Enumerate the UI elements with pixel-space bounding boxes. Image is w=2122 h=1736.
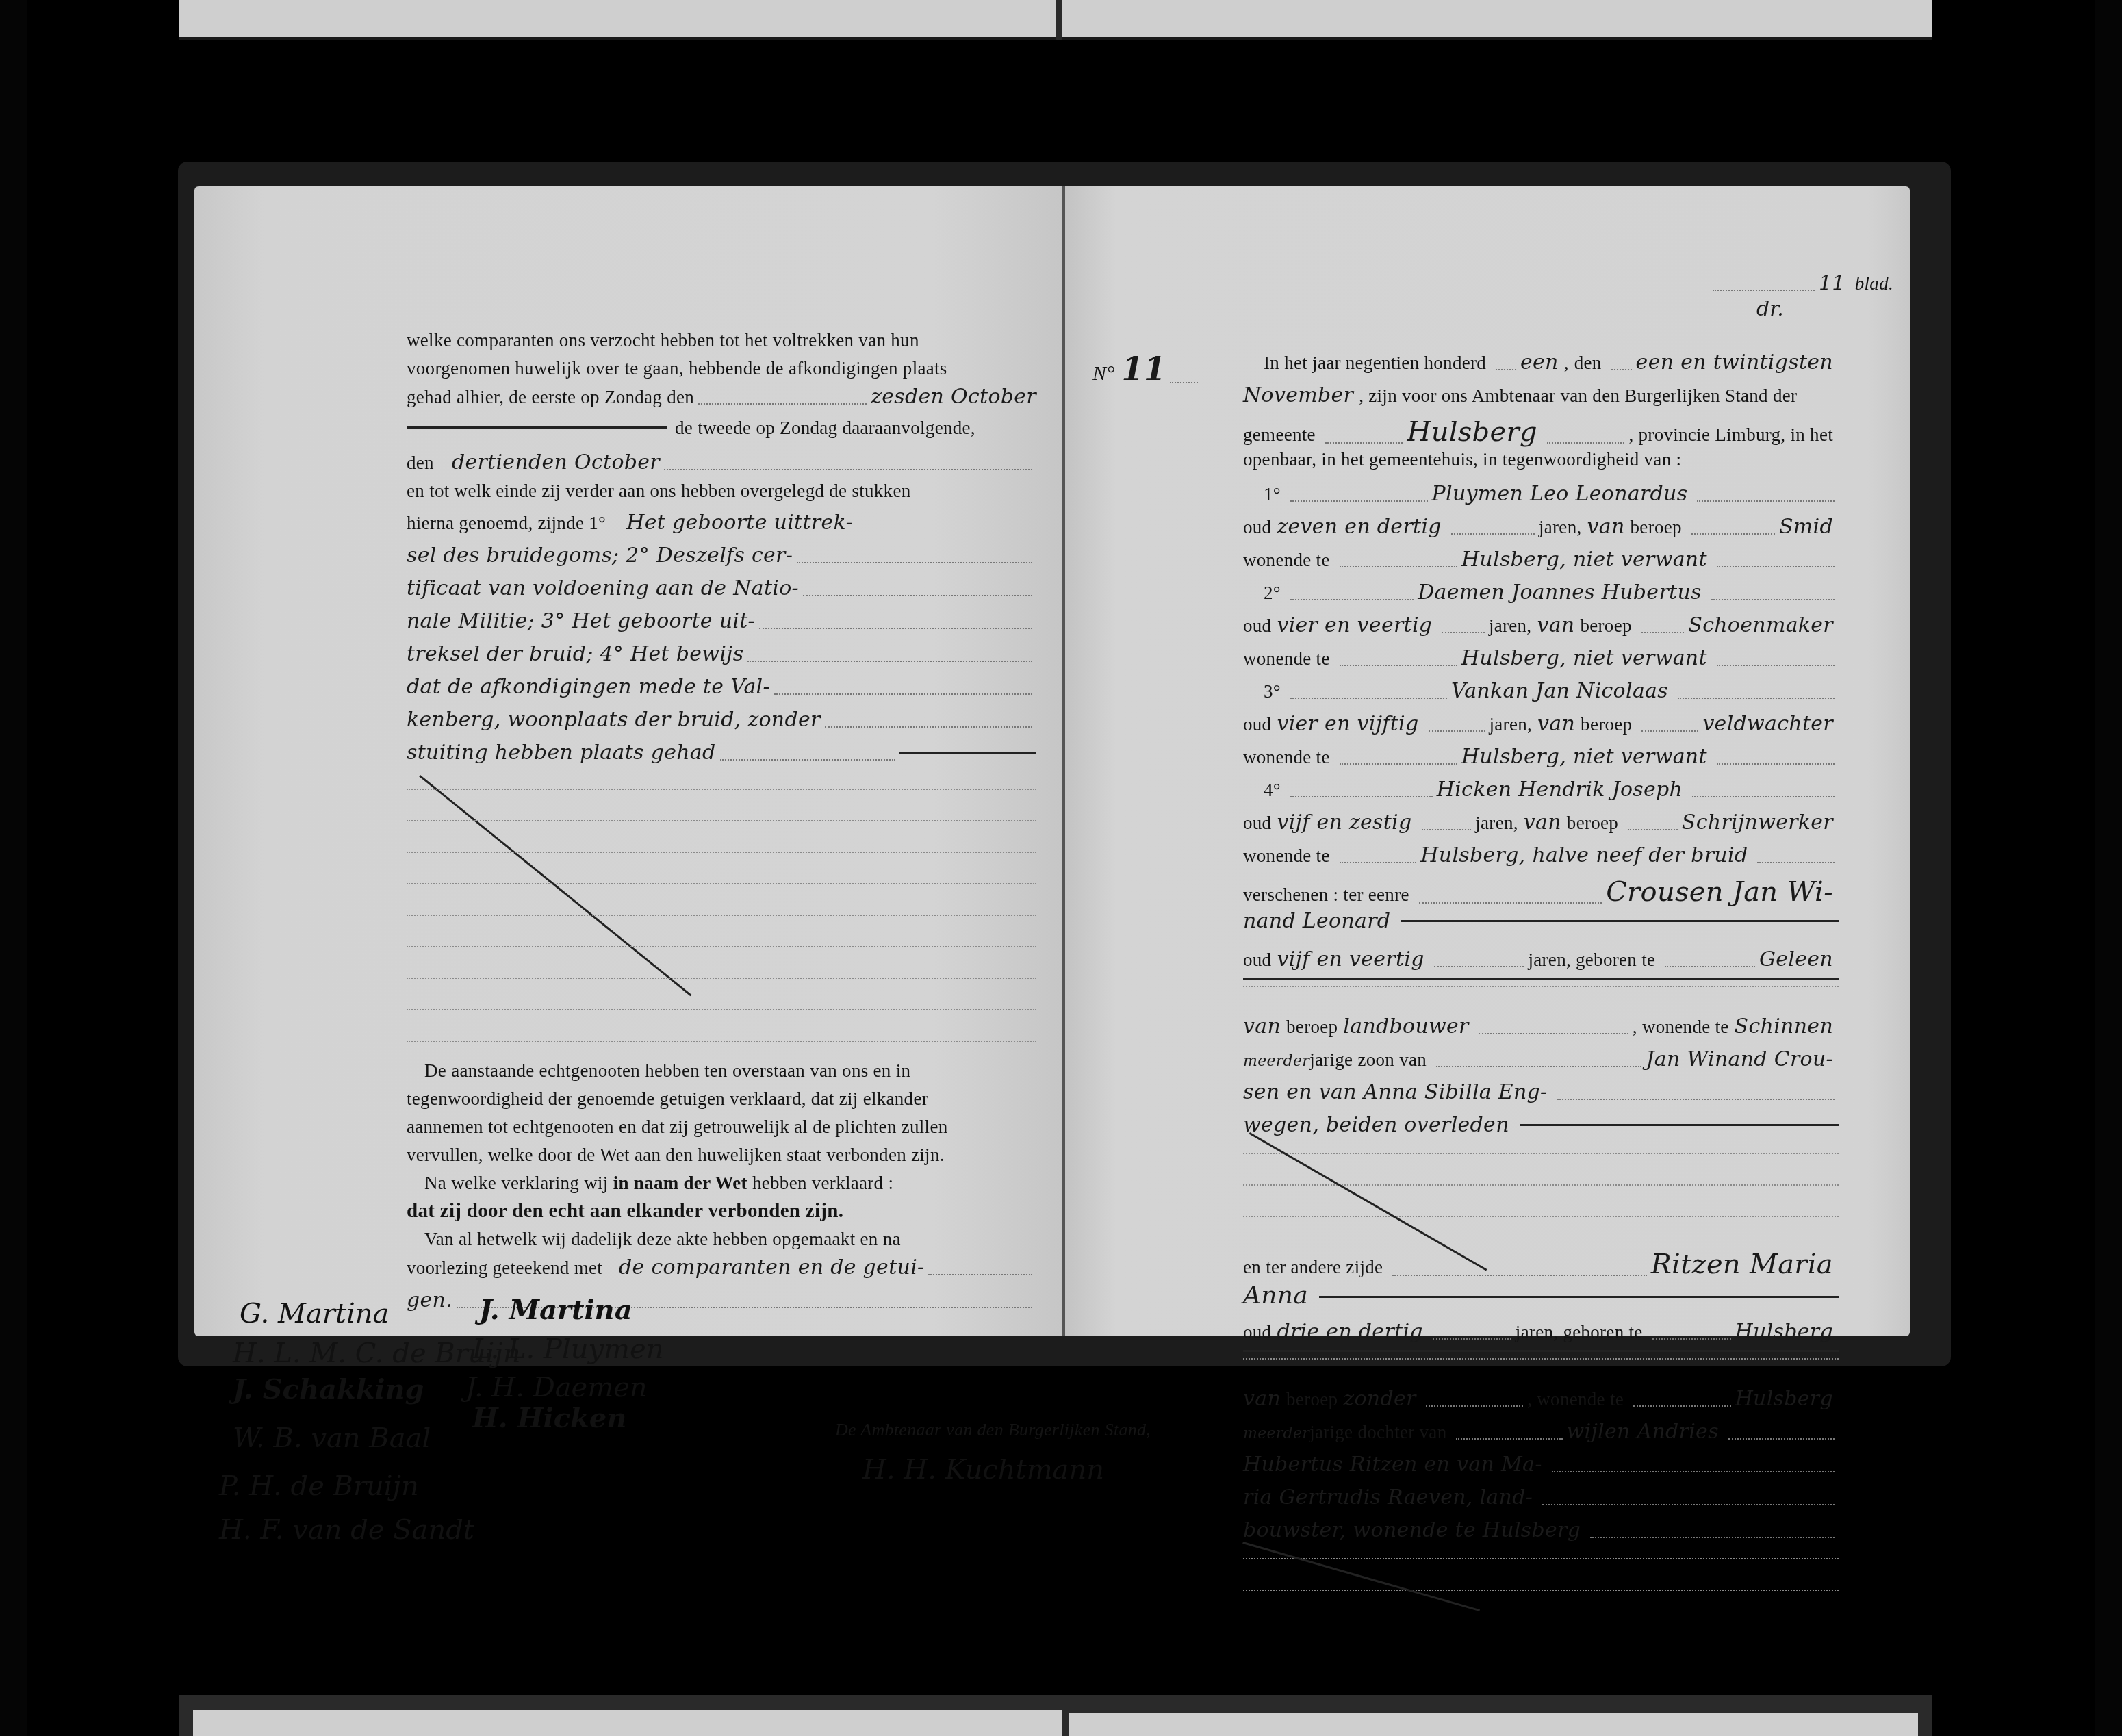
fill-rule bbox=[1243, 978, 1839, 980]
documents-line: treksel der bruid; 4° Het bewijs bbox=[407, 642, 1036, 666]
witness-number: 1° bbox=[1264, 484, 1281, 505]
dotted-rule bbox=[797, 562, 1032, 563]
day-value: een en twintigsten bbox=[1636, 350, 1833, 374]
dotted-rule bbox=[1422, 829, 1472, 830]
signature: J. Schakking bbox=[233, 1373, 424, 1405]
label-beroep: beroep bbox=[1286, 1389, 1338, 1410]
witness-name: Pluymen Leo Leonardus bbox=[1432, 482, 1688, 506]
dotted-rule bbox=[1692, 796, 1835, 797]
bride-parents: Hubertus Ritzen en van Ma- bbox=[1243, 1453, 1542, 1477]
label-oud: oud bbox=[1243, 1322, 1271, 1343]
record-line: ria Gertrudis Raeven, land- bbox=[1243, 1485, 1839, 1509]
label-jaren: jaren, bbox=[1475, 813, 1518, 834]
dotted-rule bbox=[1678, 698, 1835, 699]
dotted-rule bbox=[1426, 1405, 1524, 1407]
dotted-rule bbox=[1340, 566, 1457, 567]
dotted-rule bbox=[1340, 862, 1417, 863]
folio-number: 11 bbox=[1819, 271, 1845, 295]
dotted-rule bbox=[1433, 1338, 1511, 1340]
pronounce-suffix: hebben verklaard : bbox=[752, 1173, 893, 1193]
dotted-rule bbox=[1557, 1099, 1835, 1100]
dotted-rule bbox=[1392, 1275, 1646, 1276]
second-sunday-value: dertienden October bbox=[452, 450, 660, 474]
next-spread-fragment bbox=[179, 1695, 1932, 1736]
documents-line: dat de afkondigingen mede te Val- bbox=[407, 675, 1036, 699]
record-line: wonende teHulsberg, niet verwant bbox=[1243, 745, 1839, 769]
record-line: Anna bbox=[1243, 1281, 1839, 1310]
record-line: nand Leonard bbox=[1243, 909, 1839, 933]
groom-majority: meerder bbox=[1243, 1053, 1309, 1070]
dotted-rule bbox=[774, 693, 1032, 695]
record-number-label: N° bbox=[1092, 362, 1115, 385]
documents-line-text: kenberg, woonplaats der bruid, zonder bbox=[407, 708, 821, 732]
label-wonende: , wonende te bbox=[1633, 1017, 1729, 1038]
dotted-rule bbox=[1590, 1537, 1835, 1538]
fill-rule bbox=[1401, 920, 1839, 922]
blank-dotted-line bbox=[407, 1009, 1036, 1010]
label-oud: oud bbox=[1243, 714, 1271, 735]
witness-name: Hicken Hendrik Joseph bbox=[1437, 778, 1683, 802]
record-line: oudvier en veertigjaren,vanberoepSchoenm… bbox=[1243, 613, 1839, 637]
blank-dotted-line bbox=[407, 1041, 1036, 1042]
cancel-stroke bbox=[419, 775, 691, 996]
dotted-rule bbox=[1290, 698, 1447, 699]
label-jaren: jaren, bbox=[1489, 615, 1532, 637]
record-line: In het jaar negentien honderdeen,deneen … bbox=[1264, 350, 1839, 374]
record-line: wonende teHulsberg, niet verwant bbox=[1243, 646, 1839, 670]
witness-occupation: Schrijnwerker bbox=[1682, 810, 1833, 834]
dotted-rule bbox=[747, 661, 1032, 662]
witness-age: vier en veertig bbox=[1277, 613, 1432, 637]
dotted-rule bbox=[1652, 1338, 1731, 1340]
groom-birthplace: Geleen bbox=[1759, 947, 1833, 971]
dotted-rule bbox=[1290, 500, 1428, 502]
label-wonende: wonende te bbox=[1243, 747, 1330, 768]
pronounce-prefix: Na welke verklaring wij bbox=[424, 1173, 609, 1193]
blank-dotted-line bbox=[407, 915, 1036, 916]
documents-line: tificaat van voldoening aan de Natio- bbox=[407, 576, 1036, 600]
signature: W. B. van Baal bbox=[233, 1422, 431, 1454]
documents-line: kenberg, woonplaats der bruid, zonder bbox=[407, 708, 1036, 732]
witness-residence: Hulsberg, halve neef der bruid bbox=[1420, 843, 1748, 867]
record-line: Hubertus Ritzen en van Ma- bbox=[1243, 1453, 1839, 1477]
witness-occupation: Schoenmaker bbox=[1688, 613, 1833, 637]
dotted-rule bbox=[1691, 533, 1775, 535]
blank-dotted-line bbox=[1243, 1558, 1839, 1559]
text-line: welke comparanten ons verzocht hebben to… bbox=[407, 330, 1036, 358]
witness-name: Daemen Joannes Hubertus bbox=[1418, 580, 1702, 604]
documents-line-text: nale Militie; 3° Het geboorte uit- bbox=[407, 609, 755, 633]
dotted-rule bbox=[1641, 730, 1698, 732]
signature: J. H. Daemen bbox=[465, 1372, 648, 1403]
label-zoon-van: jarige zoon van bbox=[1309, 1049, 1427, 1071]
second-sunday-label: de tweede op Zondag daaraanvolgende, bbox=[675, 418, 975, 439]
bride-residence: Hulsberg bbox=[1735, 1387, 1833, 1411]
label-andere-zijde: en ter andere zijde bbox=[1243, 1257, 1383, 1278]
witness-residence: Hulsberg, niet verwant bbox=[1461, 745, 1707, 769]
bride-birthplace: Hulsberg bbox=[1735, 1320, 1833, 1344]
groom-name: Crousen Jan Wi- bbox=[1606, 876, 1833, 908]
official-signature: H. H. Kuchtmann bbox=[862, 1454, 1104, 1485]
record-line: oudvijf en veertigjaren, geboren teGelee… bbox=[1243, 947, 1839, 971]
dotted-rule bbox=[1665, 966, 1755, 967]
groom-residence: Schinnen bbox=[1735, 1014, 1833, 1038]
record-line: oudzeven en dertigjaren,vanberoepSmid bbox=[1243, 515, 1839, 539]
fill-rule bbox=[1243, 1350, 1839, 1352]
record-line: wonende teHulsberg, niet verwant bbox=[1243, 548, 1839, 572]
signature: H. Hicken bbox=[472, 1402, 626, 1434]
film-edge-right bbox=[2095, 0, 2122, 1736]
record-line: vanberoeplandbouwer, wonende teSchinnen bbox=[1243, 1014, 1839, 1038]
official-title: De Ambtenaar van den Burgerlijken Stand, bbox=[835, 1420, 1151, 1440]
blank-dotted-line bbox=[1243, 1590, 1839, 1591]
folio-note: dr. bbox=[1756, 297, 1784, 321]
dotted-rule bbox=[1697, 500, 1835, 502]
fill-rule bbox=[1520, 1124, 1839, 1126]
record-line: vanberoepzonder, wonende teHulsberg bbox=[1243, 1387, 1839, 1411]
groom-parents: sen en van Anna Sibilla Eng- bbox=[1243, 1080, 1548, 1104]
comma: , bbox=[1564, 353, 1569, 374]
record-line: meerderjarige zoon vanJan Winand Crou- bbox=[1243, 1047, 1839, 1071]
dotted-rule bbox=[1442, 632, 1485, 633]
dotted-rule bbox=[1711, 599, 1835, 600]
den-label: den bbox=[407, 452, 434, 474]
dotted-rule bbox=[1434, 966, 1524, 967]
label-beroep: beroep bbox=[1580, 615, 1631, 637]
label-oud: oud bbox=[1243, 949, 1271, 971]
dotted-rule bbox=[1542, 1504, 1835, 1505]
dotted-rule bbox=[1641, 632, 1685, 633]
witness-van: van bbox=[1537, 712, 1575, 736]
previous-spread-fragment bbox=[179, 0, 1932, 40]
dotted-rule bbox=[1496, 369, 1516, 370]
pronounce-bold: in naam der Wet bbox=[613, 1173, 747, 1193]
dotted-rule bbox=[1451, 533, 1535, 535]
documents-line-text: sel des bruidegoms; 2° Deszelfs cer- bbox=[407, 544, 793, 567]
witness-residence: Hulsberg, niet verwant bbox=[1461, 646, 1707, 670]
fill-rule bbox=[1319, 1296, 1839, 1298]
openbaar-text: openbaar, in het gemeentehuis, in tegenw… bbox=[1243, 449, 1681, 470]
signature: P. H. de Bruijn bbox=[219, 1470, 419, 1502]
signed-value: de comparanten en de getui- bbox=[619, 1255, 924, 1279]
blank-dotted-line bbox=[1243, 986, 1839, 987]
record-line: en ter andere zijdeRitzen Maria bbox=[1243, 1249, 1839, 1280]
label-verschenen: verschenen : ter eenre bbox=[1243, 884, 1409, 906]
closing-line: Van al hetwelk wij dadelijk deze akte he… bbox=[407, 1225, 1036, 1253]
closing-rule bbox=[899, 752, 1036, 754]
dotted-rule bbox=[1757, 862, 1835, 863]
record-line: verschenen : ter eenreCrousen Jan Wi- bbox=[1243, 876, 1839, 908]
witness-name: Vankan Jan Nicolaas bbox=[1451, 679, 1668, 703]
declaration-line: aannemen tot echtgenooten en dat zij get… bbox=[407, 1113, 1036, 1141]
dotted-rule bbox=[1340, 763, 1457, 765]
record-line: oudvijf en zestigjaren,vanberoepSchrijnw… bbox=[1243, 810, 1839, 834]
groom-name-cont: nand Leonard bbox=[1243, 909, 1390, 933]
label-jaren: jaren, bbox=[1539, 517, 1582, 538]
dotted-rule bbox=[1628, 829, 1678, 830]
witness-age: vier en vijftig bbox=[1277, 712, 1418, 736]
dotted-rule bbox=[1717, 763, 1835, 765]
month-value: November bbox=[1243, 383, 1353, 407]
record-line: 3°Vankan Jan Nicolaas bbox=[1264, 679, 1839, 703]
dotted-rule bbox=[803, 595, 1032, 596]
witness-occupation: veldwachter bbox=[1702, 712, 1833, 736]
signed-value-cont: gen. bbox=[407, 1288, 452, 1312]
label-beroep: beroep bbox=[1631, 517, 1682, 538]
right-page: 11 blad. dr. N° 11 In het jaar negentien… bbox=[1065, 186, 1910, 1336]
record-line: sen en van Anna Sibilla Eng- bbox=[1243, 1080, 1839, 1104]
label-jaren: jaren, bbox=[1490, 714, 1533, 735]
witness-occupation: Smid bbox=[1779, 515, 1833, 539]
declaration-line: vervullen, welke door de Wet aan den huw… bbox=[407, 1141, 1036, 1169]
dotted-rule bbox=[1611, 369, 1632, 370]
bride-age: drie en dertig bbox=[1277, 1320, 1422, 1344]
blank-dotted-line bbox=[407, 820, 1036, 821]
witness-number: 3° bbox=[1264, 681, 1281, 702]
documents-value: Het geboorte uittrek- bbox=[626, 511, 853, 535]
record-line: wonende teHulsberg, halve neef der bruid bbox=[1243, 843, 1839, 867]
dotted-rule bbox=[1552, 1471, 1835, 1472]
label-beroep: beroep bbox=[1567, 813, 1618, 834]
provincie-text: , provincie Limburg, in het bbox=[1628, 424, 1833, 446]
groom-age: vijf en veertig bbox=[1277, 947, 1424, 971]
den-label: den bbox=[1574, 353, 1602, 374]
record-line: 1°Pluymen Leo Leonardus bbox=[1264, 482, 1839, 506]
documents-line: nale Militie; 3° Het geboorte uit- bbox=[407, 609, 1036, 633]
declaration-line: De aanstaande echtgenooten hebben ten ov… bbox=[407, 1057, 1036, 1085]
year-value: een bbox=[1520, 350, 1559, 374]
label-wonende: , wonende te bbox=[1527, 1389, 1624, 1410]
left-page: welke comparanten ons verzocht hebben to… bbox=[194, 186, 1062, 1336]
dotted-rule bbox=[1290, 796, 1433, 797]
documents-line-text: tificaat van voldoening aan de Natio- bbox=[407, 576, 799, 600]
dotted-rule bbox=[1429, 730, 1485, 732]
dotted-rule bbox=[1290, 599, 1414, 600]
signature: H. L. M. C. de Bruijn bbox=[233, 1338, 521, 1369]
label-geboren: jaren, geboren te bbox=[1528, 949, 1655, 971]
groom-parents: wegen, beiden overleden bbox=[1243, 1113, 1509, 1137]
blank-dotted-line bbox=[407, 789, 1036, 790]
signed-label: voorlezing geteekend met bbox=[407, 1258, 602, 1279]
record-line: gemeenteHulsberg, provincie Limburg, in … bbox=[1243, 416, 1839, 448]
label-dochter-van: jarige dochter van bbox=[1309, 1422, 1446, 1443]
bride-parents: bouwster, wonende te Hulsberg bbox=[1243, 1518, 1581, 1542]
first-sunday-label: gehad alhier, de eerste op Zondag den bbox=[407, 387, 694, 408]
bride-majority: meerder bbox=[1243, 1425, 1309, 1442]
dotted-rule bbox=[720, 759, 895, 761]
dotted-rule bbox=[1419, 902, 1602, 904]
blank-dotted-line bbox=[407, 883, 1036, 884]
record-line: 4°Hicken Hendrik Joseph bbox=[1264, 778, 1839, 802]
blank-dotted-line bbox=[407, 978, 1036, 979]
witness-age: vijf en zestig bbox=[1277, 810, 1411, 834]
register-spread: welke comparanten ons verzocht hebben to… bbox=[178, 162, 1951, 1366]
label-oud: oud bbox=[1243, 615, 1271, 637]
label-wonende: wonende te bbox=[1243, 550, 1330, 571]
text-line: en tot welk einde zij verder aan ons heb… bbox=[407, 481, 911, 502]
label-oud: oud bbox=[1243, 813, 1271, 834]
intro-text: In het jaar negentien honderd bbox=[1264, 353, 1486, 374]
dotted-rule bbox=[1547, 442, 1625, 444]
blank-dotted-line bbox=[407, 946, 1036, 947]
documents-line-text: stuiting hebben plaats gehad bbox=[407, 741, 716, 765]
record-line: wegen, beiden overleden bbox=[1243, 1113, 1839, 1137]
record-line: ouddrie en dertigjaren, geboren teHulsbe… bbox=[1243, 1320, 1839, 1344]
dotted-rule bbox=[1325, 442, 1403, 444]
signature: H. F. van de Sandt bbox=[219, 1514, 474, 1546]
cancel-stroke bbox=[1242, 1542, 1480, 1611]
intro-text: , zijn voor ons Ambtenaar van den Burger… bbox=[1359, 385, 1797, 407]
dotted-rule bbox=[825, 726, 1032, 728]
blank-dotted-line bbox=[1243, 1216, 1839, 1217]
label-beroep: beroep bbox=[1286, 1017, 1338, 1038]
record-line: 2°Daemen Joannes Hubertus bbox=[1264, 580, 1839, 604]
dotted-rule bbox=[1728, 1438, 1835, 1440]
blank-dotted-line bbox=[1243, 1153, 1839, 1154]
record-line: November, zijn voor ons Ambtenaar van de… bbox=[1243, 383, 1839, 407]
witness-van: van bbox=[1587, 515, 1625, 539]
dotted-rule bbox=[1633, 1405, 1731, 1407]
gemeente-label: gemeente bbox=[1243, 424, 1316, 446]
documents-line: stuiting hebben plaats gehad bbox=[407, 741, 1036, 765]
bride-name: Ritzen Maria bbox=[1651, 1249, 1833, 1280]
groom-parents: Jan Winand Crou- bbox=[1646, 1047, 1833, 1071]
first-sunday-value: zesden October bbox=[871, 385, 1036, 409]
witness-age: zeven en dertig bbox=[1277, 515, 1441, 539]
dotted-rule bbox=[759, 628, 1032, 629]
groom-occupation: landbouwer bbox=[1343, 1014, 1468, 1038]
groom-van: van bbox=[1243, 1014, 1281, 1038]
blank-dotted-line bbox=[1243, 1358, 1839, 1360]
signature: L. L. Pluymen bbox=[472, 1333, 663, 1365]
dotted-rule bbox=[1717, 665, 1835, 666]
label-wonende: wonende te bbox=[1243, 845, 1330, 867]
pronounce-line: dat zij door den echt aan elkander verbo… bbox=[407, 1197, 1036, 1225]
record-number: 11 bbox=[1122, 350, 1166, 387]
record-line: oudvier en vijftigjaren,vanberoepveldwac… bbox=[1243, 712, 1839, 736]
blank-dotted-line bbox=[407, 852, 1036, 853]
record-line: openbaar, in het gemeentehuis, in tegenw… bbox=[1243, 449, 1839, 470]
dotted-rule bbox=[1340, 665, 1457, 666]
label-geboren: jaren, geboren te bbox=[1516, 1322, 1643, 1343]
documents-label: hierna genoemd, zijnde 1° bbox=[407, 513, 606, 534]
declaration-line: tegenwoordigheid der genoemde getuigen v… bbox=[407, 1085, 1036, 1113]
documents-line: sel des bruidegoms; 2° Deszelfs cer- bbox=[407, 544, 1036, 567]
gemeente-value: Hulsberg bbox=[1407, 416, 1537, 448]
label-oud: oud bbox=[1243, 517, 1271, 538]
dotted-rule bbox=[1456, 1438, 1562, 1440]
dotted-rule bbox=[1717, 566, 1835, 567]
witness-residence: Hulsberg, niet verwant bbox=[1461, 548, 1707, 572]
bride-parents: wijlen Andries bbox=[1567, 1420, 1719, 1444]
witness-van: van bbox=[1524, 810, 1561, 834]
witness-number: 2° bbox=[1264, 583, 1281, 604]
record-line: meerderjarige dochter vanwijlen Andries bbox=[1243, 1420, 1839, 1444]
dotted-rule bbox=[1479, 1033, 1628, 1034]
documents-line-text: treksel der bruid; 4° Het bewijs bbox=[407, 642, 743, 666]
bride-name-cont: Anna bbox=[1243, 1281, 1308, 1310]
witness-van: van bbox=[1537, 613, 1574, 637]
record-line: bouwster, wonende te Hulsberg bbox=[1243, 1518, 1839, 1542]
label-beroep: beroep bbox=[1581, 714, 1632, 735]
label-wonende: wonende te bbox=[1243, 648, 1330, 669]
witness-number: 4° bbox=[1264, 780, 1281, 801]
documents-line-text: dat de afkondigingen mede te Val- bbox=[407, 675, 770, 699]
text-line: voorgenomen huwelijk over te gaan, hebbe… bbox=[407, 358, 1036, 386]
film-edge-left bbox=[0, 0, 27, 1736]
bride-parents: ria Gertrudis Raeven, land- bbox=[1243, 1485, 1533, 1509]
bride-van: van bbox=[1243, 1387, 1281, 1411]
bride-occupation: zonder bbox=[1343, 1387, 1416, 1411]
blank-dotted-line bbox=[1243, 1184, 1839, 1186]
folio-label: blad. bbox=[1855, 273, 1893, 294]
dotted-rule bbox=[1436, 1066, 1641, 1067]
